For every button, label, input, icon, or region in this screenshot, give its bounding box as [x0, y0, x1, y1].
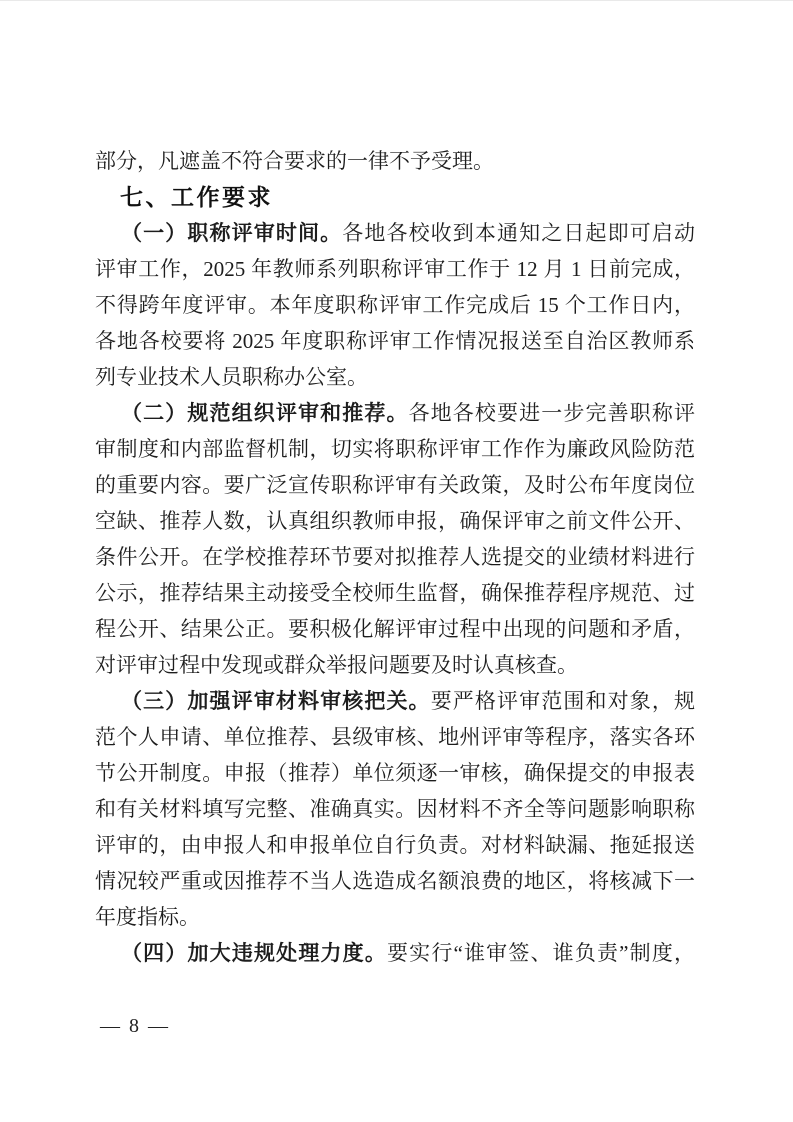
document-line: 部分，凡遮盖不符合要求的一律不予受理。: [95, 143, 695, 179]
document-body: 部分，凡遮盖不符合要求的一律不予受理。七、工作要求（一）职称评审时间。各地各校收…: [95, 143, 695, 971]
document-line: 评审工作，2025 年教师系列职称评审工作于 12 月 1 日前完成，: [95, 251, 695, 287]
document-line: 列专业技术人员职称办公室。: [95, 359, 695, 395]
document-line: （四）加大违规处理力度。要实行“谁审签、谁负责”制度，: [95, 935, 695, 971]
document-line: 年度指标。: [95, 899, 695, 935]
section-heading: 七、工作要求: [95, 179, 695, 215]
document-line: 情况较严重或因推荐不当人选造成名额浪费的地区，将核减下一: [95, 863, 695, 899]
document-line: 和有关材料填写完整、准确真实。因材料不齐全等问题影响职称: [95, 791, 695, 827]
document-line: （一）职称评审时间。各地各校收到本通知之日起即可启动: [95, 215, 695, 251]
document-line: （二）规范组织评审和推荐。各地各校要进一步完善职称评: [95, 395, 695, 431]
document-line: 不得跨年度评审。本年度职称评审工作完成后 15 个工作日内，: [95, 287, 695, 323]
document-line: 程公开、结果公正。要积极化解评审过程中出现的问题和矛盾，: [95, 611, 695, 647]
paragraph-lead: （三）加强评审材料审核把关。: [121, 689, 431, 713]
paragraph-lead: （四）加大违规处理力度。: [121, 941, 387, 965]
line-text: 要严格评审范围和对象，规: [431, 689, 695, 713]
document-line: 条件公开。在学校推荐环节要对拟推荐人选提交的业绩材料进行: [95, 539, 695, 575]
document-line: 公示，推荐结果主动接受全校师生监督，确保推荐程序规范、过: [95, 575, 695, 611]
line-text: 要实行“谁审签、谁负责”制度，: [387, 941, 695, 965]
document-line: 对评审过程中发现或群众举报问题要及时认真核查。: [95, 647, 695, 683]
document-line: 审制度和内部监督机制，切实将职称评审工作作为廉政风险防范: [95, 431, 695, 467]
document-line: 空缺、推荐人数，认真组织教师申报，确保评审之前文件公开、: [95, 503, 695, 539]
paragraph-lead: （二）规范组织评审和推荐。: [121, 401, 409, 425]
line-text: 各地各校收到本通知之日起即可启动: [342, 221, 695, 245]
line-text: 各地各校要进一步完善职称评: [409, 401, 695, 425]
document-line: 节公开制度。申报（推荐）单位须逐一审核，确保提交的申报表: [95, 755, 695, 791]
document-line: 的重要内容。要广泛宣传职称评审有关政策，及时公布年度岗位: [95, 467, 695, 503]
document-line: 范个人申请、单位推荐、县级审核、地州评审等程序，落实各环: [95, 719, 695, 755]
paragraph-lead: （一）职称评审时间。: [121, 221, 342, 245]
document-page: 部分，凡遮盖不符合要求的一律不予受理。七、工作要求（一）职称评审时间。各地各校收…: [0, 0, 793, 1122]
document-line: （三）加强评审材料审核把关。要严格评审范围和对象，规: [95, 683, 695, 719]
document-line: 评审的，由申报人和申报单位自行负责。对材料缺漏、拖延报送: [95, 827, 695, 863]
page-number: — 8 —: [100, 1011, 170, 1041]
document-line: 各地各校要将 2025 年度职称评审工作情况报送至自治区教师系: [95, 323, 695, 359]
